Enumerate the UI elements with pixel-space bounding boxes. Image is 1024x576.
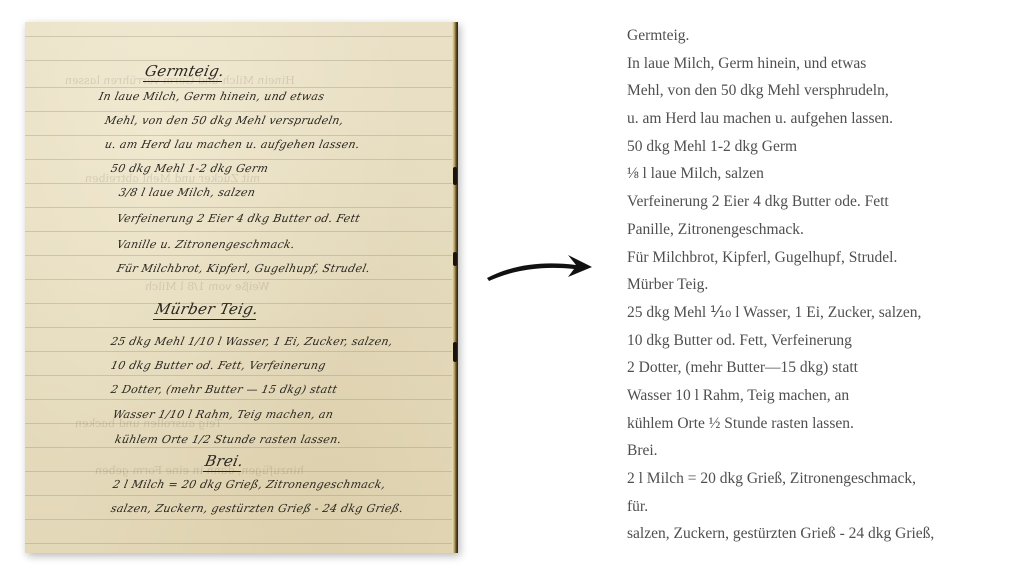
transcript-line: Verfeinerung 2 Eier 4 dkg Butter ode. Fe… xyxy=(627,188,1017,216)
transcription-text: Germteig. In laue Milch, Germ hinein, un… xyxy=(627,22,1017,548)
transcript-line: für. xyxy=(627,493,1017,521)
handwritten-line: Vanille u. Zitronengeschmack. xyxy=(116,238,297,251)
handwritten-line: u. am Herd lau machen u. aufgehen lassen… xyxy=(104,138,361,151)
transcript-line: 10 dkg Butter od. Fett, Verfeinerung xyxy=(627,327,1017,355)
bleed-through-text: Weiße vom 1/8 l Milch xyxy=(144,280,271,293)
spine-damage xyxy=(453,167,457,185)
handwritten-line: Verfeinerung 2 Eier 4 dkg Butter od. Fet… xyxy=(116,212,362,225)
handwritten-line: In laue Milch, Germ hinein, und etwas xyxy=(98,90,326,103)
transcript-line: Wasser 10 l Rahm, Teig machen, an xyxy=(627,382,1017,410)
transcript-line: salzen, Zuckern, gestürzten Grieß - 24 d… xyxy=(627,520,1017,548)
transcript-line: Brei. xyxy=(627,437,1017,465)
page-spine-edge xyxy=(452,22,458,553)
transcript-line: 2 Dotter, (mehr Butter—15 dkg) statt xyxy=(627,354,1017,382)
curved-arrow-right-icon xyxy=(484,246,596,286)
transcript-line: 2 l Milch = 20 dkg Grieß, Zitronengeschm… xyxy=(627,465,1017,493)
transcript-line: In laue Milch, Germ hinein, und etwas xyxy=(627,50,1017,78)
transcript-line: Mürber Teig. xyxy=(627,271,1017,299)
transcript-line: Für Milchbrot, Kipferl, Gugelhupf, Strud… xyxy=(627,244,1017,272)
handwritten-heading: Germteig. xyxy=(143,62,226,82)
handwritten-line: 3/8 l laue Milch, salzen xyxy=(118,186,257,199)
handwritten-line: Wasser 1/10 l Rahm, Teig machen, an xyxy=(112,408,335,421)
handwritten-line: 10 dkg Butter od. Fett, Verfeinerung xyxy=(110,359,327,372)
transcript-line: Germteig. xyxy=(627,22,1017,50)
handwritten-page-scan: Hinein Milch und Germ verrühren lassen m… xyxy=(25,22,458,553)
comparison-canvas: Hinein Milch und Germ verrühren lassen m… xyxy=(0,0,1024,576)
handwritten-line: 2 l Milch = 20 dkg Grieß, Zitronengeschm… xyxy=(112,478,387,491)
transcript-line: 50 dkg Mehl 1-2 dkg Germ xyxy=(627,133,1017,161)
transcript-line: Panille, Zitronengeschmack. xyxy=(627,216,1017,244)
transcript-line: Mehl, von den 50 dkg Mehl versphrudeln, xyxy=(627,77,1017,105)
transcript-line: u. am Herd lau machen u. aufgehen lassen… xyxy=(627,105,1017,133)
transcript-line: 25 dkg Mehl ⅒ l Wasser, 1 Ei, Zucker, sa… xyxy=(627,299,1017,327)
bleed-through-text: hinzufügen, dann in eine Form geben xyxy=(94,464,306,477)
handwritten-line: salzen, Zuckern, gestürzten Grieß - 24 d… xyxy=(110,502,405,515)
handwritten-line: Mehl, von den 50 dkg Mehl versprudeln, xyxy=(104,114,345,127)
handwritten-line: 25 dkg Mehl 1/10 l Wasser, 1 Ei, Zucker,… xyxy=(110,335,394,348)
handwritten-line: 2 Dotter, (mehr Butter — 15 dkg) statt xyxy=(110,383,339,396)
spine-damage xyxy=(453,342,457,362)
handwritten-line: 50 dkg Mehl 1-2 dkg Germ xyxy=(110,162,270,175)
handwritten-line: Für Milchbrot, Kipferl, Gugelhupf, Strud… xyxy=(116,262,372,275)
handwritten-heading: Brei. xyxy=(203,452,245,472)
spine-damage xyxy=(453,252,457,266)
transcript-line: kühlem Orte ½ Stunde rasten lassen. xyxy=(627,410,1017,438)
handwritten-heading: Mürber Teig. xyxy=(153,300,260,320)
transcript-line: ⅛ l laue Milch, salzen xyxy=(627,160,1017,188)
handwritten-line: kühlem Orte 1/2 Stunde rasten lassen. xyxy=(114,433,343,446)
